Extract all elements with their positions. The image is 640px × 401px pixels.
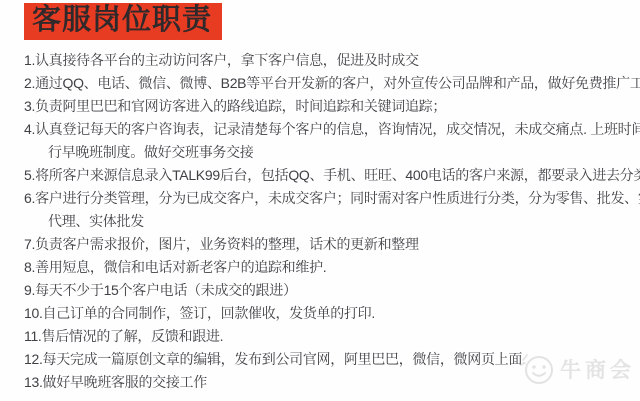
duty-list: 1.认真接待各平台的主动访问客户，拿下客户信息，促进及时成交2.通过QQ、电话、… xyxy=(24,49,640,394)
niushanghui-smiley-logo-icon xyxy=(519,351,555,387)
watermark-text: 牛商会 xyxy=(560,354,635,384)
list-item: 3.负责阿里巴巴和官网访客进入的路线追踪，时间追踪和关键词追踪； xyxy=(24,95,640,118)
list-item: 7.负责客户需求报价，图片，业务资料的整理，话术的更新和整理 xyxy=(24,233,640,256)
page-title: 客服岗位职责 xyxy=(24,3,222,40)
list-item: 11.售后情况的了解，反馈和跟进. xyxy=(24,325,640,348)
list-item: 9.每天不少于15个客户电话（未成交的跟进） xyxy=(24,279,640,302)
list-item: 5.将所客户来源信息录入TALK99后台，包括QQ、手机、旺旺、400电话的客户… xyxy=(24,164,640,187)
list-item: 1.认真接待各平台的主动访问客户，拿下客户信息，促进及时成交 xyxy=(24,49,640,72)
document-page: 客服岗位职责 1.认真接待各平台的主动访问客户，拿下客户信息，促进及时成交2.通… xyxy=(0,0,640,401)
list-item: 4.认真登记每天的客户咨询表，记录清楚每个客户的信息，咨询情况，成交情况，未成交… xyxy=(24,118,640,141)
watermark: 牛商会 xyxy=(519,351,635,387)
list-item: 2.通过QQ、电话、微信、微博、B2B等平台开发新的客户，对外宣传公司品牌和产品… xyxy=(24,72,640,95)
list-item: 8.善用短息，微信和电话对新老客户的追踪和维护. xyxy=(24,256,640,279)
list-item-continuation: 行早晚班制度。做好交班事务交接 xyxy=(24,141,640,164)
list-item-continuation: 代理、实体批发 xyxy=(24,210,640,233)
list-item: 6.客户进行分类管理，分为已成交客户，未成交客户；同时需对客户性质进行分类，分为… xyxy=(24,187,640,210)
list-item: 10.自己订单的合同制作，签订，回款催收，发货单的打印. xyxy=(24,302,640,325)
